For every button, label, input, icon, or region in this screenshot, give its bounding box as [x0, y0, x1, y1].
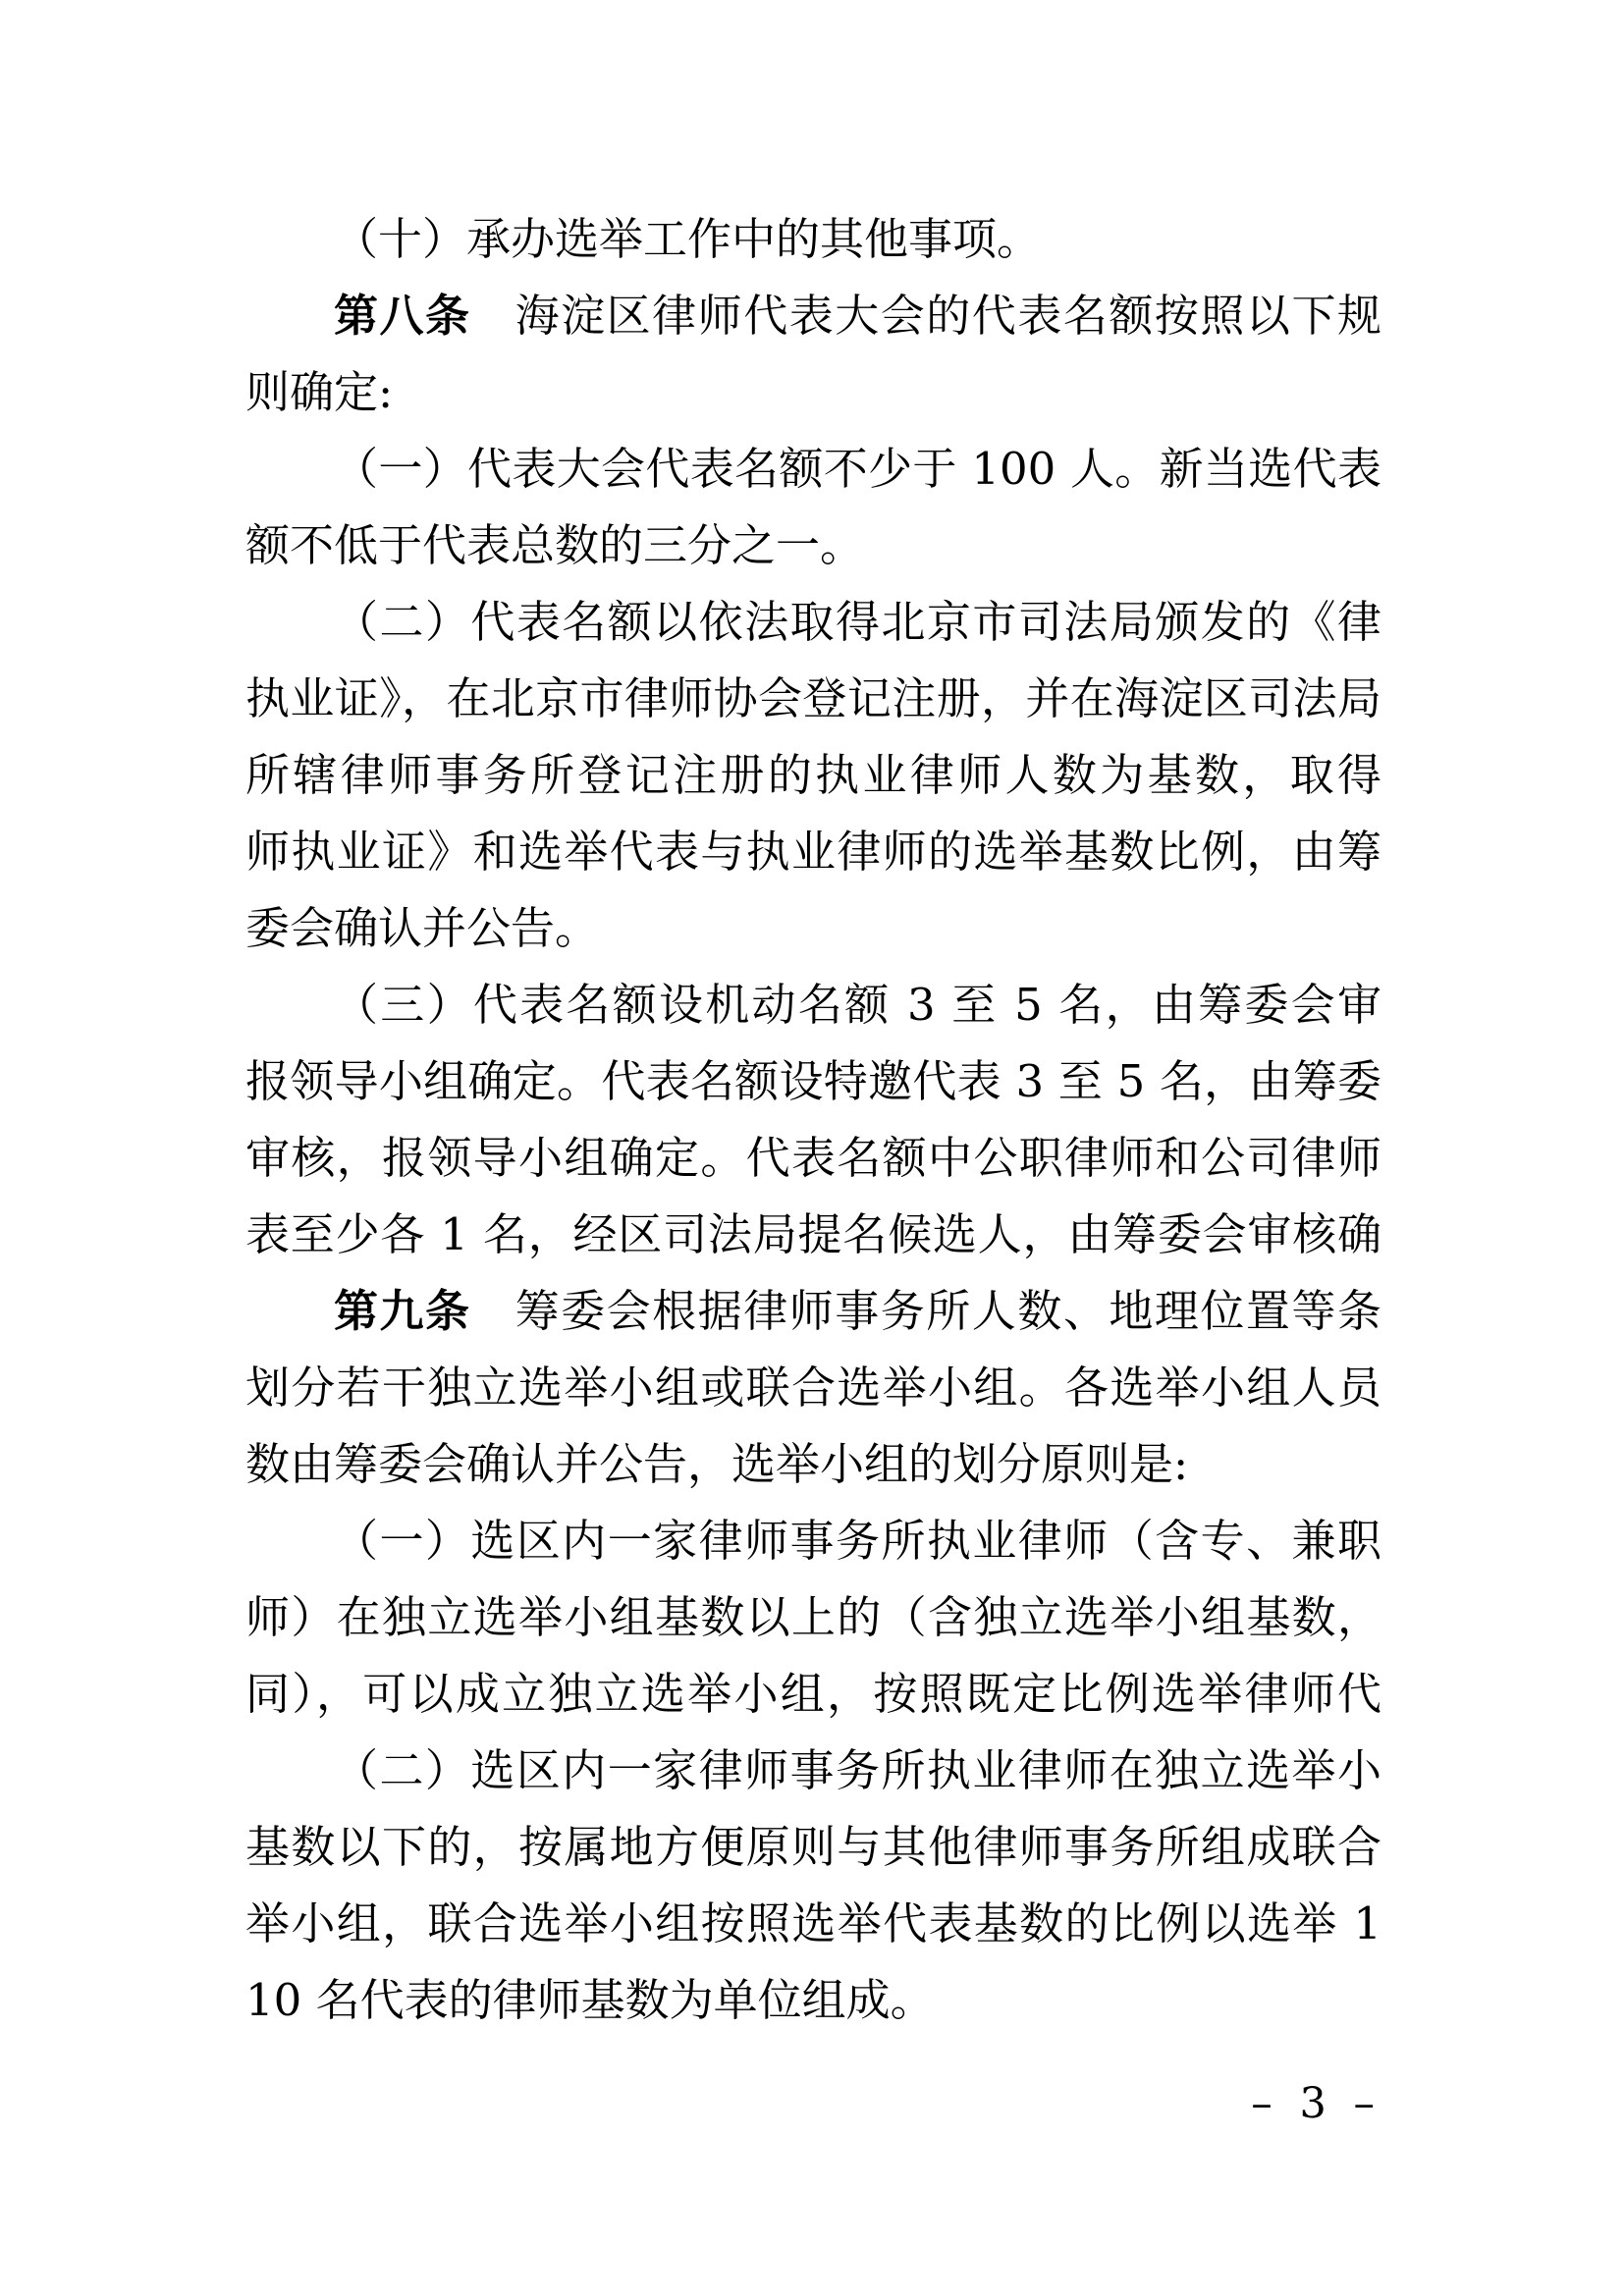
article-heading: 第九条	[334, 1285, 471, 1337]
text-line: 师执业证》和选举代表与执业律师的选举基数比例，由筹备	[245, 814, 1381, 890]
text-line: （十）承办选举工作中的其他事项。	[245, 201, 1381, 278]
text-line: 执业证》，在北京市律师协会登记注册，并在海淀区司法局	[245, 661, 1381, 737]
text-segment: 同），可以成立独立选举小组，按照既定比例选举律师代表。	[245, 1668, 1381, 1733]
text-segment: （二）选区内一家律师事务所执业律师在独立选举小组	[334, 1744, 1381, 1809]
text-line: 额不低于代表总数的三分之一。	[245, 507, 1381, 584]
text-line: 审核，报领导小组确定。代表名额中公职律师和公司律师代	[245, 1120, 1381, 1197]
text-segment: （二）代表名额以依法取得北京市司法局颁发的《律师	[334, 596, 1381, 661]
text-line: 举小组，联合选举小组按照选举代表基数的比例以选举 1 至	[245, 1886, 1381, 1962]
text-segment: 表至少各 1 名，经区司法局提名候选人，由筹委会审核确定。	[245, 1208, 1381, 1273]
text-line: 数由筹委会确认并公告，选举小组的划分原则是:	[245, 1426, 1381, 1503]
text-segment: （十）承办选举工作中的其他事项。	[334, 213, 1041, 265]
text-line: （二）代表名额以依法取得北京市司法局颁发的《律师	[245, 584, 1381, 661]
text-line: 报领导小组确定。代表名额设特邀代表 3 至 5 名，由筹委会	[245, 1043, 1381, 1120]
text-line: 划分若干独立选举小组或联合选举小组。各选举小组人员基	[245, 1350, 1381, 1426]
text-segment: 基数以下的，按属地方便原则与其他律师事务所组成联合选	[245, 1821, 1381, 1886]
text-line: 师）在独立选举小组基数以上的（含独立选举小组基数，下	[245, 1579, 1381, 1656]
text-line: 同），可以成立独立选举小组，按照既定比例选举律师代表。	[245, 1656, 1381, 1733]
text-line: 第八条海淀区律师代表大会的代表名额按照以下规	[245, 278, 1381, 354]
text-line: 基数以下的，按属地方便原则与其他律师事务所组成联合选	[245, 1809, 1381, 1886]
text-segment: 数由筹委会确认并公告，选举小组的划分原则是:	[245, 1438, 1188, 1490]
text-segment: 审核，报领导小组确定。代表名额中公职律师和公司律师代	[245, 1132, 1381, 1197]
text-line: （一）选区内一家律师事务所执业律师（含专、兼职律	[245, 1503, 1381, 1579]
document-page: （十）承办选举工作中的其他事项。第八条海淀区律师代表大会的代表名额按照以下规则确…	[0, 0, 1624, 2296]
text-segment: 执业证》，在北京市律师协会登记注册，并在海淀区司法局	[245, 672, 1381, 724]
text-line: 第九条筹委会根据律师事务所人数、地理位置等条件	[245, 1273, 1381, 1350]
text-line: 委会确认并公告。	[245, 890, 1381, 967]
text-line: 表至少各 1 名，经区司法局提名候选人，由筹委会审核确定。	[245, 1197, 1381, 1273]
text-line: 则确定:	[245, 354, 1381, 431]
text-segment: 师执业证》和选举代表与执业律师的选举基数比例，由筹备	[245, 826, 1381, 890]
text-segment: 划分若干独立选举小组或联合选举小组。各选举小组人员基	[245, 1362, 1381, 1426]
page-number: – 3 –	[1251, 2079, 1381, 2128]
document-body: （十）承办选举工作中的其他事项。第八条海淀区律师代表大会的代表名额按照以下规则确…	[245, 201, 1381, 2039]
text-segment: 举小组，联合选举小组按照选举代表基数的比例以选举 1 至	[245, 1897, 1381, 1962]
text-segment: 则确定:	[245, 366, 393, 418]
text-segment: （三）代表名额设机动名额 3 至 5 名，由筹委会审核，	[334, 979, 1381, 1043]
text-line: （一）代表大会代表名额不少于 100 人。新当选代表名	[245, 431, 1381, 507]
article-heading: 第八条	[334, 290, 471, 342]
text-segment: 10 名代表的律师基数为单位组成。	[245, 1974, 935, 2026]
text-segment: 筹委会根据律师事务所人数、地理位置等条件	[334, 1285, 1381, 1350]
text-line: （二）选区内一家律师事务所执业律师在独立选举小组	[245, 1733, 1381, 1809]
text-segment: 委会确认并公告。	[245, 902, 599, 954]
text-segment: 师）在独立选举小组基数以上的（含独立选举小组基数，下	[245, 1591, 1381, 1656]
text-line: 10 名代表的律师基数为单位组成。	[245, 1962, 1381, 2039]
text-segment: 额不低于代表总数的三分之一。	[245, 519, 864, 571]
text-segment: （一）选区内一家律师事务所执业律师（含专、兼职律	[334, 1515, 1381, 1579]
text-line: 所辖律师事务所登记注册的执业律师人数为基数，取得《律	[245, 737, 1381, 814]
text-segment: 报领导小组确定。代表名额设特邀代表 3 至 5 名，由筹委会	[245, 1055, 1381, 1120]
text-segment: 海淀区律师代表大会的代表名额按照以下规	[515, 290, 1381, 342]
text-segment: 所辖律师事务所登记注册的执业律师人数为基数，取得《律	[245, 749, 1381, 814]
text-segment: （一）代表大会代表名额不少于 100 人。新当选代表名	[334, 443, 1381, 507]
text-line: （三）代表名额设机动名额 3 至 5 名，由筹委会审核，	[245, 967, 1381, 1043]
